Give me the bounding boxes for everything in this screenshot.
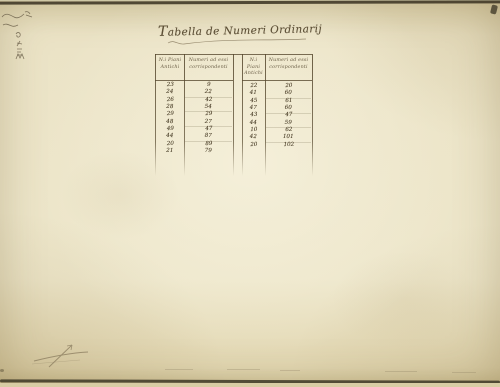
header-line: N.i Piani	[156, 58, 184, 65]
scanned-page: Tabella de Numeri Ordinarij N.i Piani An…	[0, 0, 500, 387]
table-cell: 20	[243, 141, 264, 149]
column-left-old: 23242628294849442021	[156, 82, 184, 155]
table-cell: 21	[156, 148, 184, 156]
concordance-table: N.i Piani Antichi Numeri ad essi corrisp…	[155, 54, 313, 178]
pencil-dash	[385, 371, 417, 372]
column-left-new: 9224254292747878979	[185, 82, 232, 155]
header-line: Antichi	[156, 65, 184, 72]
paper-stain	[330, 250, 480, 350]
shelfmark-annotation	[0, 8, 48, 62]
header-line: Numeri ad essi	[266, 58, 311, 65]
title-underline-flourish	[168, 38, 308, 46]
header-line: N.i Piani	[243, 58, 264, 71]
column-right-old: 224145474344104220	[243, 83, 264, 149]
table-vline	[233, 54, 234, 176]
table-cell: 79	[185, 147, 232, 156]
table-cell: 43	[243, 112, 264, 120]
table-cell: 42	[243, 134, 264, 142]
header-underline-right	[242, 80, 312, 81]
header-right-old: N.i Piani Antichi	[243, 58, 264, 78]
scan-bottom-strip	[0, 383, 500, 387]
bottom-left-speck	[0, 369, 4, 372]
pencil-dash	[165, 369, 193, 370]
pencil-dash	[227, 369, 260, 370]
pencil-x-mark	[30, 338, 94, 370]
header-line: Antichi	[243, 71, 264, 78]
pencil-dash	[452, 372, 476, 373]
header-line: corrispondenti	[266, 65, 311, 72]
header-line: corrispondenti	[185, 65, 232, 72]
header-left-new: Numeri ad essi corrispondenti	[185, 58, 232, 71]
column-right-new: 20606160475962101102	[266, 83, 311, 149]
table-cell: 102	[266, 141, 311, 150]
table-vline	[312, 54, 313, 176]
header-right-new: Numeri ad essi corrispondenti	[266, 58, 311, 71]
pencil-dash	[280, 370, 300, 371]
header-left-old: N.i Piani Antichi	[156, 58, 184, 71]
header-line: Numeri ad essi	[185, 58, 232, 65]
